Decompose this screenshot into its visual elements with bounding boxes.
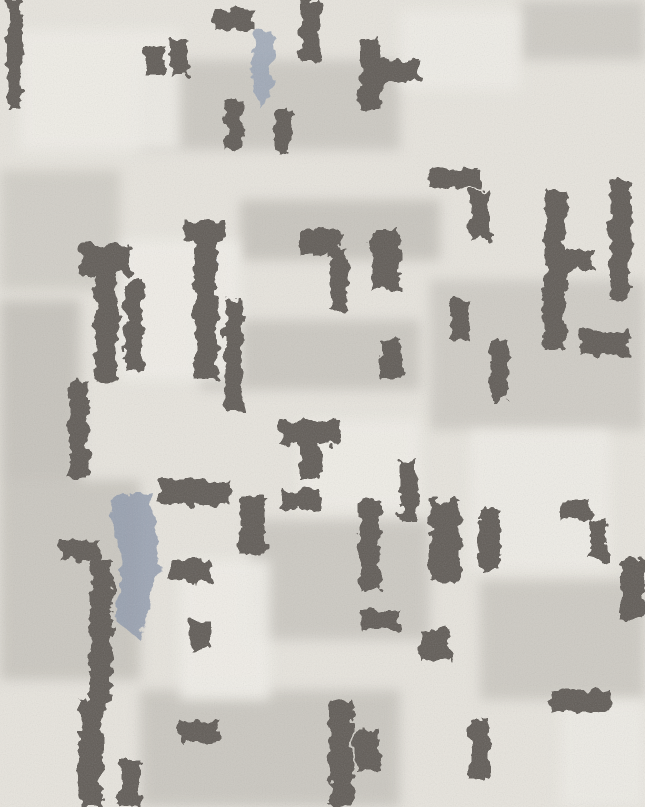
pile-grain-overlay xyxy=(0,0,645,807)
rug-texture-photo xyxy=(0,0,645,807)
rug-texture-illustration xyxy=(0,0,645,807)
